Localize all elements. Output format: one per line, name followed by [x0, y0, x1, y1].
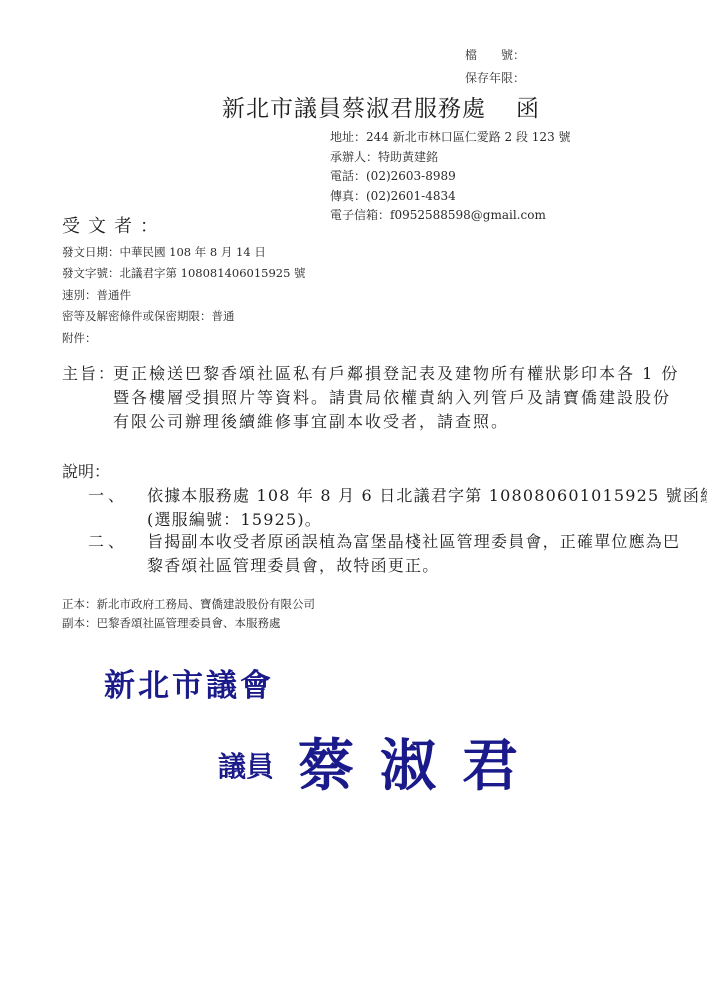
- issue-number: 發文字號：北議君字第 108081406015925 號: [62, 263, 306, 284]
- office-name: 新北市議員蔡淑君服務處: [222, 96, 486, 122]
- issue-date: 發文日期：中華民國 108 年 8 月 14 日: [62, 242, 306, 263]
- subject-label: 主旨：: [62, 362, 116, 386]
- subject-line: 有限公司辦理後續維修事宜副本收受者，請查照。: [113, 410, 673, 434]
- item-number: 一、: [88, 484, 128, 508]
- item-line: 黎香頌社區管理委員會，故特函更正。: [147, 554, 680, 578]
- handler: 承辦人：特助黃建銘: [330, 148, 571, 168]
- signature-council: 新北市議會: [104, 660, 274, 705]
- signature-name: 蔡淑君: [298, 722, 544, 802]
- signature-title: 議員: [218, 745, 274, 785]
- address: 地址：244 新北市林口區仁愛路 2 段 123 號: [330, 128, 571, 148]
- item-number: 二、: [88, 530, 128, 554]
- item-text: 旨揭副本收受者原函誤植為富堡晶棧社區管理委員會，正確單位應為巴 黎香頌社區管理委…: [147, 530, 680, 578]
- recipient-label: 受文者：: [62, 212, 166, 238]
- copy-recipients: 副本：巴黎香頌社區管理委員會、本服務處: [62, 614, 315, 633]
- item-line: 依據本服務處 108 年 8 月 6 日北議君字第 10808060101592…: [147, 484, 707, 508]
- contact-block: 地址：244 新北市林口區仁愛路 2 段 123 號 承辦人：特助黃建銘 電話：…: [330, 128, 571, 226]
- fax: 傳真：(02)2601-4834: [330, 187, 571, 207]
- item-line: 旨揭副本收受者原函誤植為富堡晶棧社區管理委員會，正確單位應為巴: [147, 530, 680, 554]
- document-kind: 函: [516, 96, 540, 122]
- delivery-type: 速別：普通件: [62, 285, 306, 306]
- security-level: 密等及解密條件或保密期限：普通: [62, 306, 306, 327]
- copies-block: 正本：新北市政府工務局、寶僑建設股份有限公司 副本：巴黎香頌社區管理委員會、本服…: [62, 595, 315, 633]
- attachments: 附件：: [62, 328, 306, 349]
- file-number-label: 檔 號：: [465, 44, 525, 67]
- original-recipients: 正本：新北市政府工務局、寶僑建設股份有限公司: [62, 595, 315, 614]
- item-line: (選服編號：15925)。: [147, 508, 707, 532]
- retention-label: 保存年限：: [465, 67, 525, 90]
- subject-body: 更正檢送巴黎香頌社區私有戶鄰損登記表及建物所有權狀影印本各 1 份 暨各樓層受損…: [113, 362, 673, 434]
- meta-block: 發文日期：中華民國 108 年 8 月 14 日 發文字號：北議君字第 1080…: [62, 242, 306, 349]
- email: 電子信箱：f0952588598@gmail.com: [330, 206, 571, 226]
- document-title: 新北市議員蔡淑君服務處函: [222, 90, 540, 123]
- subject-line: 暨各樓層受損照片等資料。請貴局依權責納入列管戶及請寶僑建設股份: [113, 386, 673, 410]
- item-text: 依據本服務處 108 年 8 月 6 日北議君字第 10808060101592…: [147, 484, 707, 532]
- subject-line: 更正檢送巴黎香頌社區私有戶鄰損登記表及建物所有權狀影印本各 1 份: [113, 362, 673, 386]
- file-meta: 檔 號： 保存年限：: [465, 44, 525, 90]
- phone: 電話：(02)2603-8989: [330, 167, 571, 187]
- explanation-label: 說明：: [62, 459, 110, 482]
